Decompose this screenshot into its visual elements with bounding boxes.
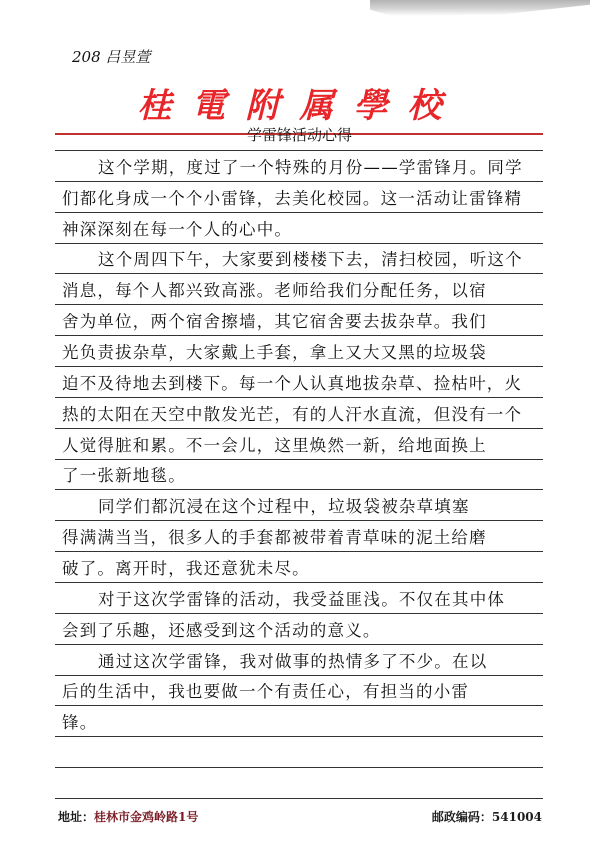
essay-line: 们都化身成一个个小雷锋，去美化校园。这一活动让雷锋精: [62, 189, 540, 209]
ruled-line: [55, 582, 543, 583]
essay-line: 同学们都沉浸在这个过程中，垃圾袋被杂草填塞: [62, 497, 540, 517]
essay-line: 人觉得脏和累。不一会儿，这里焕然一新，给地面换上: [62, 436, 540, 456]
address-value: 桂林市金鸡岭路1号: [94, 810, 198, 824]
essay-line: 对于这次学雷锋的活动，我受益匪浅。不仅在其中体: [62, 590, 540, 610]
ruled-line: [55, 644, 543, 645]
student-id: 208 吕昱萱: [72, 46, 150, 67]
essay-line: 迫不及待地去到楼下。每一个人认真地拔杂草、捡枯叶，火: [62, 374, 540, 394]
ruled-line: [55, 212, 543, 213]
scan-artifact: [370, 0, 590, 16]
ruled-line: [55, 397, 543, 398]
ruled-line: [55, 181, 543, 182]
postcode: 邮政编码：541004: [432, 808, 542, 825]
essay-line: 光负责拔杂草，大家戴上手套，拿上又大又黑的垃圾袋: [62, 343, 540, 363]
essay-line: 通过这次学雷锋，我对做事的热情多了不少。在以: [62, 652, 540, 672]
ruled-line: [55, 551, 543, 552]
letterhead-footer: 地址：桂林市金鸡岭路1号 邮政编码：541004: [58, 808, 542, 825]
ruled-line: [55, 520, 543, 521]
essay-line: 了一张新地毯。: [62, 466, 540, 486]
ruled-line: [55, 798, 543, 799]
ruled-line: [55, 273, 543, 274]
essay-title: 学雷锋活动心得: [0, 124, 599, 145]
ruled-line: [55, 736, 543, 737]
ruled-line: [55, 489, 543, 490]
essay-line: 锋。: [62, 713, 540, 733]
ruled-line: [55, 767, 543, 768]
essay-line: 得满满当当，很多人的手套都被带着青草味的泥土给磨: [62, 528, 540, 548]
essay-line: 后的生活中，我也要做一个有责任心，有担当的小雷: [62, 682, 540, 702]
ruled-line: [55, 335, 543, 336]
ruled-line: [55, 675, 543, 676]
ruled-line: [55, 459, 543, 460]
ruled-line: [55, 366, 543, 367]
postcode-label: 邮政编码：: [432, 810, 492, 824]
ruled-line: [55, 428, 543, 429]
school-letterhead-title: 桂電附属學校: [0, 78, 599, 127]
essay-line: 消息，每个人都兴致高涨。老师给我们分配任务，以宿: [62, 281, 540, 301]
address: 地址：桂林市金鸡岭路1号: [58, 808, 198, 825]
ruled-line: [55, 613, 543, 614]
ruled-line: [55, 304, 543, 305]
essay-line: 神深深刻在每一个人的心中。: [62, 220, 540, 240]
essay-line: 会到了乐趣，还感受到这个活动的意义。: [62, 621, 540, 641]
essay-line: 热的太阳在天空中散发光芒，有的人汗水直流，但没有一个: [62, 405, 540, 425]
ruled-line: [55, 243, 543, 244]
essay-line: 舍为单位，两个宿舍擦墙，其它宿舍要去拔杂草。我们: [62, 312, 540, 332]
ruled-line: [55, 705, 543, 706]
postcode-value: 541004: [492, 810, 542, 824]
essay-line: 这个周四下午，大家要到楼楼下去，清扫校园，听这个: [62, 250, 540, 270]
ruled-line: [55, 150, 543, 151]
essay-line: 破了。离开时，我还意犹未尽。: [62, 559, 540, 579]
address-label: 地址：: [58, 810, 94, 824]
essay-line: 这个学期，度过了一个特殊的月份——学雷锋月。同学: [62, 158, 540, 178]
